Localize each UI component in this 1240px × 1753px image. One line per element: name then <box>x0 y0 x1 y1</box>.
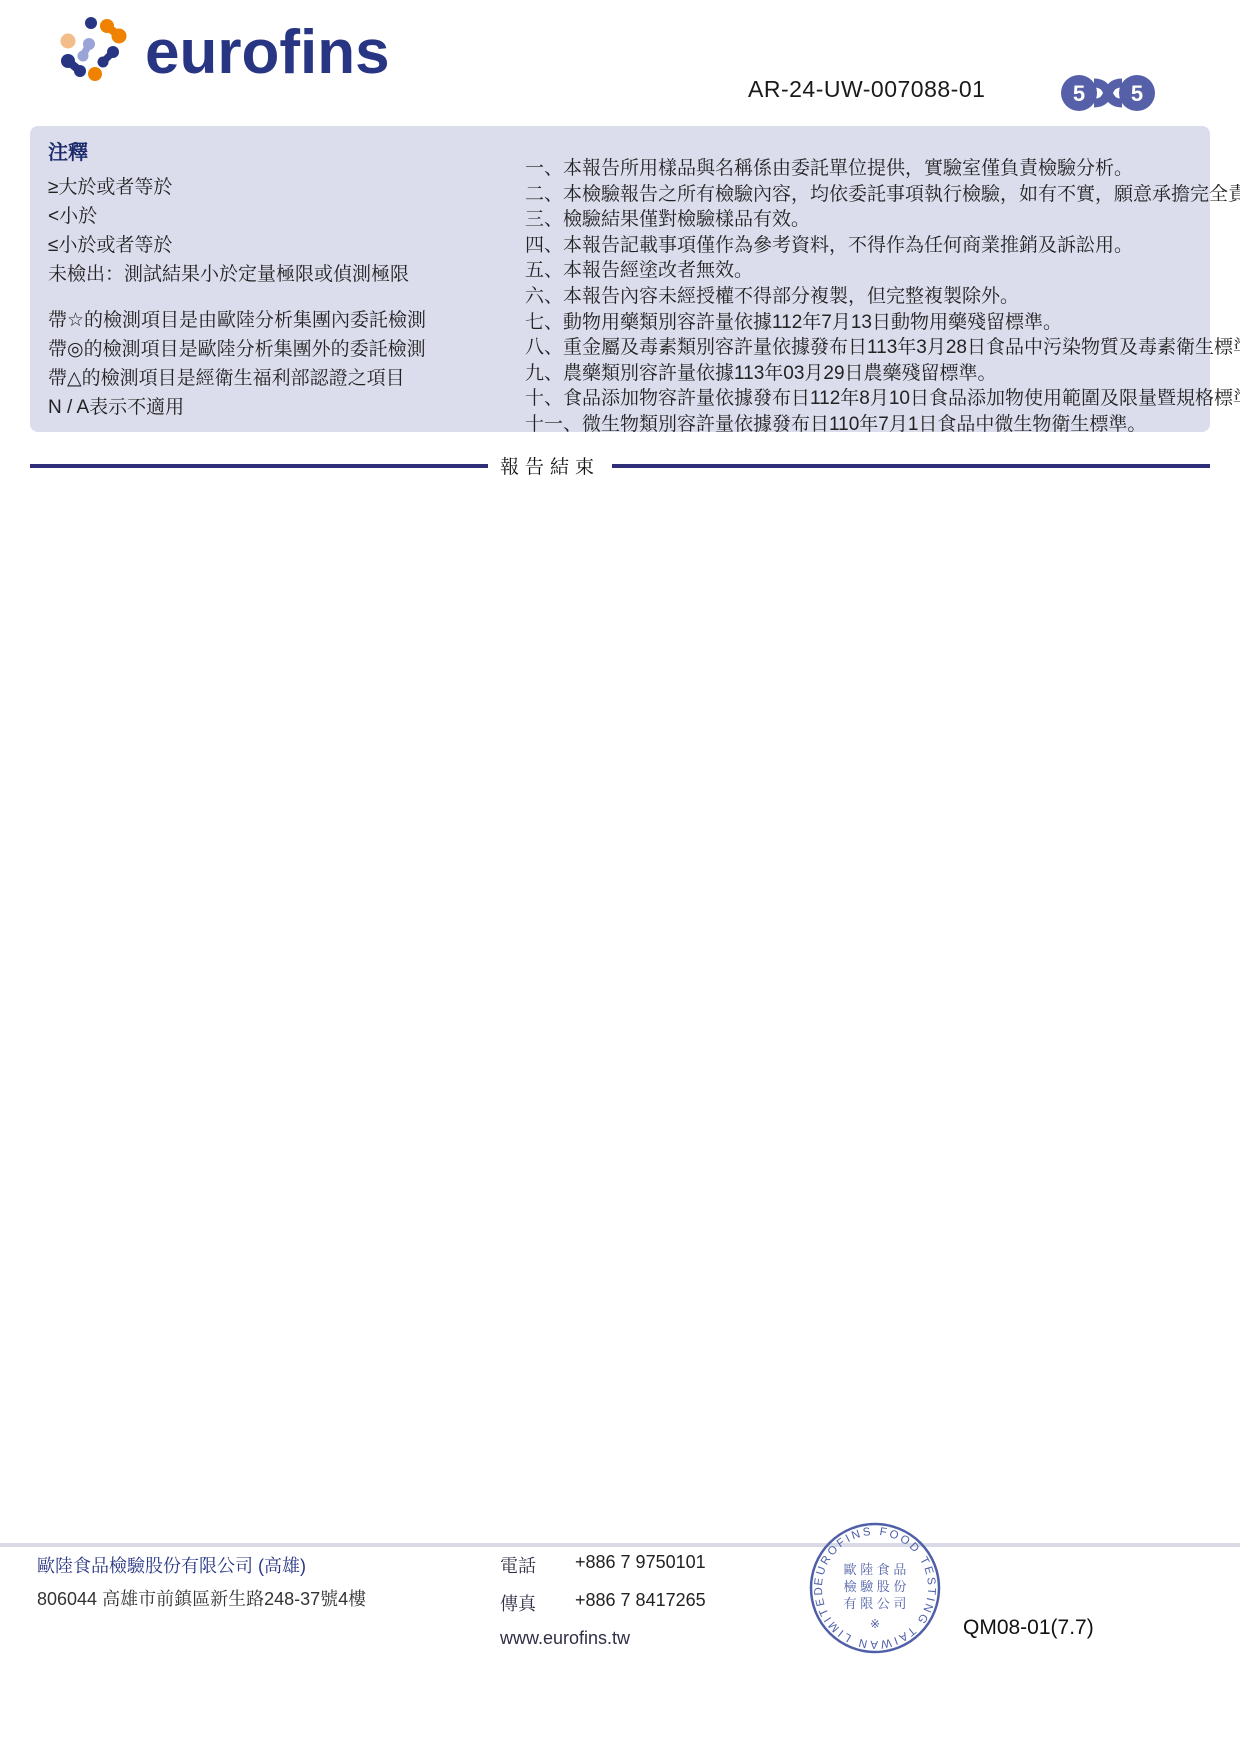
end-of-report-divider: 報告結束 <box>30 452 1210 479</box>
footer-company-name: 歐陸食品檢驗股份有限公司 (高雄) <box>37 1552 306 1578</box>
footer-company-address: 806044 高雄市前鎮區新生路248-37號4樓 <box>37 1585 366 1611</box>
stamp-bottom-mark: ※ <box>870 1617 880 1631</box>
divider-line-right <box>612 464 1210 468</box>
website-text: www.eurofins.tw <box>500 1628 706 1649</box>
legend-item: 未檢出：測試結果小於定量極限或偵測極限 <box>48 260 518 289</box>
notes-box: 注釋 ≥大於或者等於 <小於 ≤小於或者等於 未檢出：測試結果小於定量極限或偵測… <box>30 126 1210 432</box>
fax-value: +886 7 8417265 <box>575 1590 706 1616</box>
fax-row: 傳真 +886 7 8417265 <box>500 1590 706 1616</box>
fax-label: 傳真 <box>500 1590 575 1616</box>
numbered-note: 四、本報告記載事項僅作為參考資料，不得作為任何商業推銷及訴訟用。 <box>525 233 1205 259</box>
eurofins-logo: eurofins <box>57 14 390 94</box>
stamp-center-line3: 有 限 公 司 <box>844 1596 907 1611</box>
numbered-note: 二、本檢驗報告之所有檢驗內容，均依委託事項執行檢驗，如有不實，願意承擔完全責任。 <box>525 182 1205 208</box>
legend-item: 帶☆的檢測項目是由歐陸分析集團內委託檢測 <box>48 306 518 335</box>
phone-row: 電話 +886 7 9750101 <box>500 1552 706 1578</box>
legend-item: ≥大於或者等於 <box>48 173 518 202</box>
numbered-note: 九、農藥類別容許量依據113年03月29日農藥殘留標準。 <box>525 361 1205 387</box>
notes-numbered-column: 一、本報告所用樣品與名稱係由委託單位提供，實驗室僅負責檢驗分析。 二、本檢驗報告… <box>525 156 1205 438</box>
notes-title: 注釋 <box>48 136 518 165</box>
page-indicator: 5 5 <box>1058 70 1158 116</box>
numbered-note: 三、檢驗結果僅對檢驗樣品有效。 <box>525 207 1205 233</box>
legend-item: 帶◎的檢測項目是歐陸分析集團外的委託檢測 <box>48 335 518 364</box>
numbered-note: 十一、微生物類別容許量依據發布日110年7月1日食品中微生物衛生標準。 <box>525 412 1205 438</box>
phone-label: 電話 <box>500 1552 575 1578</box>
end-of-report-label: 報告結束 <box>488 452 612 479</box>
divider-line-left <box>30 464 488 468</box>
eurofins-dots-icon <box>57 14 137 94</box>
numbered-note: 十、食品添加物容許量依據發布日112年8月10日食品添加物使用範圍及限量暨規格標… <box>525 386 1205 412</box>
numbered-note: 八、重金屬及毒素類別容許量依據發布日113年3月28日食品中污染物質及毒素衛生標… <box>525 335 1205 361</box>
footer-rule <box>0 1543 1240 1547</box>
report-number: AR-24-UW-007088-01 <box>748 76 985 103</box>
numbered-note: 六、本報告內容未經授權不得部分複製，但完整複製除外。 <box>525 284 1205 310</box>
report-page: eurofins AR-24-UW-007088-01 5 5 注釋 ≥大於或者… <box>0 0 1240 1753</box>
numbered-note: 五、本報告經塗改者無效。 <box>525 258 1205 284</box>
legend-item: ≤小於或者等於 <box>48 231 518 260</box>
notes-legend-column: 注釋 ≥大於或者等於 <小於 ≤小於或者等於 未檢出：測試結果小於定量極限或偵測… <box>48 136 518 422</box>
phone-value: +886 7 9750101 <box>575 1552 706 1578</box>
numbered-note: 七、動物用藥類別容許量依據112年7月13日動物用藥殘留標準。 <box>525 310 1205 336</box>
numbered-note: 一、本報告所用樣品與名稱係由委託單位提供，實驗室僅負責檢驗分析。 <box>525 156 1205 182</box>
footer-contact-block: 電話 +886 7 9750101 傳真 +886 7 8417265 www.… <box>500 1552 706 1649</box>
legend-spacer <box>48 289 518 306</box>
company-stamp: EUROFINS FOOD TESTING TAIWAN LIMITED 歐 陸… <box>805 1518 945 1658</box>
page-current: 5 <box>1073 81 1085 106</box>
brand-wordmark: eurofins <box>145 14 390 92</box>
legend-item: 帶△的檢測項目是經衛生福利部認證之項目 <box>48 364 518 393</box>
stamp-center-line2: 檢 驗 股 份 <box>844 1579 907 1594</box>
legend-item: N / A表示不適用 <box>48 393 518 422</box>
legend-item: <小於 <box>48 202 518 231</box>
stamp-center-line1: 歐 陸 食 品 <box>844 1562 907 1577</box>
document-code: QM08-01(7.7) <box>963 1616 1094 1640</box>
page-total: 5 <box>1131 81 1143 106</box>
